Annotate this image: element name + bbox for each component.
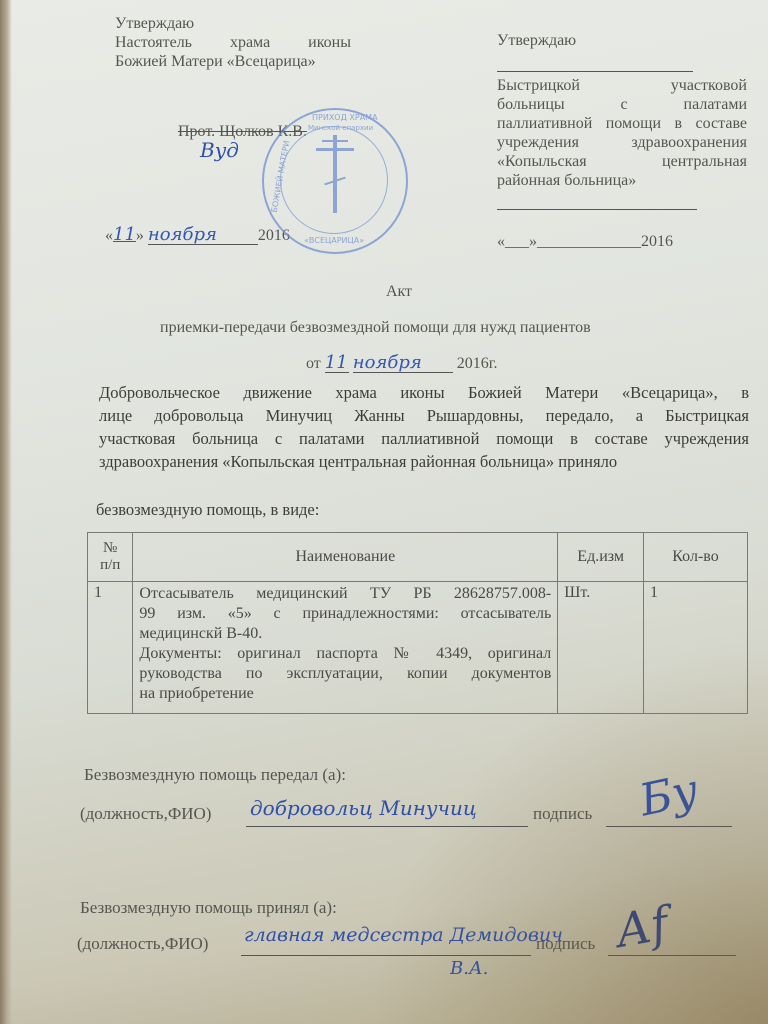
row-name-line: на приобретение	[139, 684, 551, 704]
handover-signature-line	[606, 826, 732, 827]
receipt-position-line	[241, 955, 531, 956]
church-seal-stamp: ПРИХОД ХРАМА Минской епархии «ВСЕЦАРИЦА»…	[262, 108, 408, 254]
cross-top-bar	[322, 140, 348, 142]
body-line: Добровольческое движение храма иконы Бож…	[99, 383, 749, 402]
row-name-line: медицинскй В-40.	[139, 624, 551, 644]
stamp-text-top: ПРИХОД ХРАМА	[312, 113, 378, 122]
header-name: Наименование	[133, 533, 558, 582]
act-date-month-handwritten: ноября	[353, 353, 453, 373]
row-number: 1	[88, 582, 133, 714]
act-date: от 11 ноября 2016г.	[306, 353, 498, 373]
date-open-quote: «	[105, 227, 113, 244]
header-number: № п/п	[88, 533, 133, 582]
right-approval-line: районная больница»	[497, 171, 636, 190]
receipt-signature: Аf	[612, 896, 672, 958]
stamp-text-bottom: «ВСЕЦАРИЦА»	[304, 236, 364, 245]
receipt-signature-label: подпись	[536, 934, 595, 953]
header-number-symbol: №	[94, 540, 126, 557]
items-table: № п/п Наименование Ед.изм Кол-во 1 Отсас…	[87, 532, 748, 714]
act-date-prefix: от	[306, 355, 321, 372]
row-name-line: Документы: оригинал паспорта № 4349, ори…	[139, 644, 551, 664]
right-approval-line: «Копыльская центральная	[497, 152, 747, 171]
left-approval-line1: Настоятель храма иконы	[115, 33, 351, 52]
act-date-year: 2016г.	[457, 355, 498, 372]
left-approval-date: «11» ноября2016	[105, 225, 290, 245]
table-row: 1 Отсасыватель медицинский ТУ РБ 2862875…	[88, 582, 748, 714]
left-approval-signature: Вуд	[200, 138, 239, 162]
handover-position-label: (должность,ФИО)	[80, 804, 211, 823]
header-number-pp: п/п	[94, 557, 126, 574]
receipt-position-handwritten: главная медсестра Демидович	[244, 924, 563, 946]
handover-label: Безвозмездную помощь передал (а):	[84, 765, 346, 784]
row-name-line: руководства по эксплуатации, копии докум…	[139, 664, 551, 684]
right-approval-line: паллиативной помощи в составе	[497, 114, 747, 133]
right-approval-date: «___»_____________2016	[497, 232, 673, 251]
date-close-quote: »	[136, 227, 144, 244]
left-approval-title: Утверждаю	[115, 14, 194, 33]
cross-main-bar	[316, 148, 354, 151]
row-name: Отсасыватель медицинский ТУ РБ 28628757.…	[133, 582, 558, 714]
header-unit: Ед.изм	[558, 533, 644, 582]
date-day-handwritten: 11	[113, 224, 136, 245]
row-name-line: 99 изм. «5» с принадлежностями: отсасыва…	[139, 604, 551, 624]
act-subtitle: приемки-передачи безвозмездной помощи дл…	[160, 318, 591, 337]
orthodox-cross-icon	[333, 135, 337, 213]
handover-position-handwritten: добровольц Минучиц	[250, 796, 477, 820]
right-approval-line: Быстрицкой участковой	[497, 76, 747, 95]
receipt-label: Безвозмездную помощь принял (а):	[80, 898, 337, 917]
receipt-position-label: (должность,ФИО)	[77, 934, 208, 953]
handover-position-line	[246, 826, 528, 827]
right-approval-name-line	[497, 209, 697, 210]
act-title: Акт	[0, 282, 768, 301]
date-month-handwritten: ноября	[148, 225, 258, 245]
body-line: участковая больница с палатами паллиатив…	[99, 429, 749, 448]
body-lead: безвозмездную помощь, в виде:	[96, 500, 319, 519]
right-approval-line: больницы с палатами	[497, 95, 747, 114]
left-approval-line2: Божией Матери «Всецарица»	[115, 52, 316, 71]
row-qty: 1	[644, 582, 748, 714]
right-approval-line: учреждения здравоохранения	[497, 133, 747, 152]
handover-signature-label: подпись	[533, 804, 592, 823]
right-approval-signature-line	[497, 71, 693, 72]
row-name-line: Отсасыватель медицинский ТУ РБ 28628757.…	[139, 584, 551, 604]
table-header-row: № п/п Наименование Ед.изм Кол-во	[88, 533, 748, 582]
body-line: лице добровольца Минучиц Жанны Рышардовн…	[99, 406, 749, 425]
receipt-position-initials: В.А.	[450, 958, 488, 979]
header-qty: Кол-во	[644, 533, 748, 582]
paper-edge-shadow	[0, 0, 12, 1024]
right-approval-title: Утверждаю	[497, 31, 576, 50]
body-line: здравоохранения «Копыльская центральная …	[99, 452, 617, 471]
act-date-day-handwritten: 11	[325, 353, 349, 373]
stamp-text-inner: Минской епархии	[308, 124, 373, 132]
handover-signature: Бу	[635, 765, 702, 827]
row-unit: Шт.	[558, 582, 644, 714]
